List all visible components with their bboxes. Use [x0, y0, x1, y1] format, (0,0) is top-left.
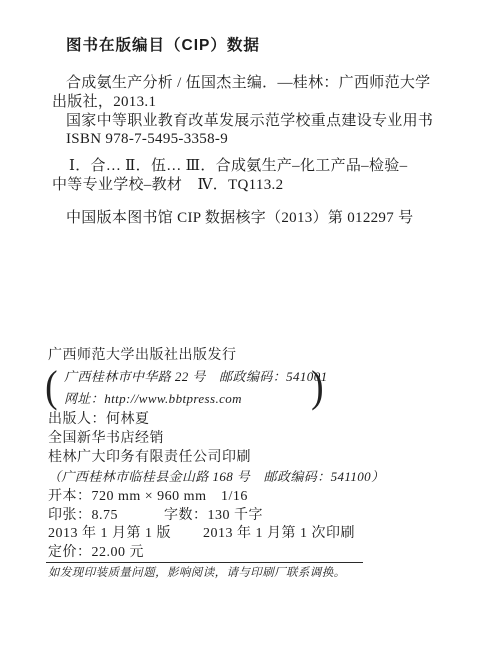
- cip-isbn: ISBN 978-7-5495-3358-9: [66, 130, 228, 149]
- cip-record-line2: 出版社，2013.1: [52, 93, 156, 112]
- edition-value: 2013 年 1 月第 1 版: [48, 525, 171, 543]
- cip-heading: 图书在版编目（CIP）数据: [66, 36, 260, 55]
- edition-printing-line: 2013 年 1 月第 1 版2013 年 1 月第 1 次印刷: [48, 525, 355, 543]
- copyright-page: 图书在版编目（CIP）数据 合成氨生产分析 / 伍国杰主编．—桂林：广西师范大学…: [0, 0, 500, 653]
- printing-value: 2013 年 1 月第 1 次印刷: [203, 526, 355, 541]
- distribution-line: 全国新华书店经销: [48, 430, 164, 448]
- publisher-website: 网址：http://www.bbtpress.com: [64, 391, 242, 407]
- publisher-address: 广西桂林市中华路 22 号 邮政编码：541001: [64, 369, 328, 385]
- cip-classification-line2: 中等专业学校–教材 Ⅳ．TQ113.2: [52, 176, 283, 195]
- format-line: 开本：720 mm × 960 mm 1/16: [48, 488, 248, 506]
- cip-classification-line1: Ⅰ．合… Ⅱ．伍… Ⅲ．合成氨生产–化工产品–检验–: [69, 157, 407, 176]
- printer-line: 桂林广大印务有限责任公司印刷: [48, 449, 251, 467]
- separator-rule: [46, 562, 363, 563]
- right-parenthesis-glyph: ): [311, 364, 323, 410]
- publisher-person: 出版人：何林夏: [48, 411, 150, 429]
- sheets-value: 印张：8.75: [48, 507, 118, 525]
- printer-address: （广西桂林市临桂县金山路 168 号 邮政编码：541100）: [48, 469, 384, 485]
- sheets-wordcount-line: 印张：8.75字数：130 千字: [48, 507, 263, 525]
- quality-note: 如发现印装质量问题，影响阅读，请与印刷厂联系调换。: [48, 566, 346, 580]
- price-line: 定价：22.00 元: [48, 544, 144, 562]
- cip-registry-number: 中国版本图书馆 CIP 数据核字（2013）第 012297 号: [66, 209, 413, 228]
- left-parenthesis-glyph: (: [45, 364, 57, 410]
- cip-record-line1: 合成氨生产分析 / 伍国杰主编．—桂林：广西师范大学: [66, 74, 430, 93]
- cip-series-note: 国家中等职业教育改革发展示范学校重点建设专业用书: [66, 112, 433, 131]
- word-count-value: 字数：130 千字: [164, 508, 263, 523]
- publisher-line: 广西师范大学出版社出版发行: [48, 347, 237, 365]
